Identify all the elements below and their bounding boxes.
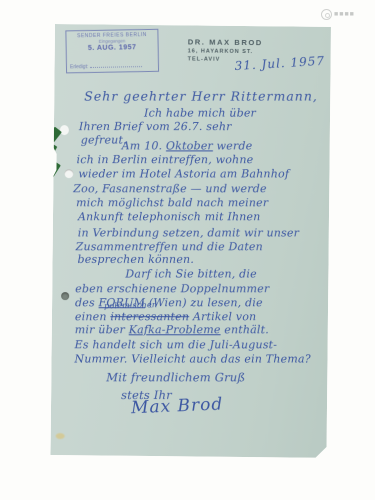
body-line: Nummer. Vielleicht auch das ein Thema?	[74, 352, 310, 365]
paper-chip	[60, 125, 69, 135]
stain-mark	[56, 433, 65, 439]
closing-line: Mit freundlichem Gruß	[106, 370, 245, 384]
body-line: Zusammentreffen und die Daten	[76, 240, 263, 253]
salutation: Sehr geehrter Herr Rittermann,	[84, 89, 318, 104]
body-line: mich möglichst bald nach meiner	[76, 196, 268, 209]
auction-photo: ■■■■ SENDER FREIES BERLIN Eingegangen 5.…	[0, 0, 375, 500]
body-line: besprechen können.	[78, 253, 195, 266]
watermark-logo-icon	[321, 9, 332, 20]
body-line: Ankunft telephonisch mit Ihnen	[78, 210, 261, 223]
site-watermark: ■■■■	[321, 8, 355, 21]
body-line: Ihren Brief vom 26.7. sehr	[79, 120, 232, 133]
green-tape-fragment	[46, 161, 61, 178]
letter-paper: SENDER FREIES BERLIN Eingegangen 5. AUG.…	[50, 24, 330, 458]
stamp-date: 5. AUG. 1957	[67, 44, 158, 53]
body-line: mir über Kafka-Probleme enthält.	[75, 323, 269, 336]
body-line: Es handelt sich um die Juli-August-	[75, 338, 278, 351]
watermark-text: ■■■■	[334, 11, 355, 18]
green-tape-fragment	[49, 144, 57, 153]
body-line: in Verbindung setzen, damit wir unser	[78, 226, 299, 239]
body-line: Zoo, Fasanenstraße — und werde	[73, 182, 266, 195]
body-line: eben erschienene Doppelnummer	[75, 282, 269, 295]
punch-hole	[64, 169, 73, 178]
receipt-stamp: SENDER FREIES BERLIN Eingegangen 5. AUG.…	[65, 29, 159, 74]
body-line: Ich habe mich über	[144, 107, 256, 120]
letterhead-name: DR. MAX BROD	[188, 37, 263, 49]
inserted-word: polemischen	[104, 300, 157, 310]
body-line: Am 10. Oktober werde	[122, 139, 253, 152]
body-line: einen interessanten Artikel von	[75, 310, 256, 323]
stamp-erledigt-label: Erledigt:	[70, 63, 142, 70]
body-line: ich in Berlin eintreffen, wohne	[77, 153, 254, 166]
punch-hole	[61, 292, 69, 300]
body-line: Darf ich Sie bitten, die	[125, 267, 256, 280]
body-line: gefreut.	[81, 134, 127, 147]
body-line: wieder im Hotel Astoria am Bahnhof	[78, 167, 289, 180]
signature: Max Brod	[131, 394, 224, 418]
